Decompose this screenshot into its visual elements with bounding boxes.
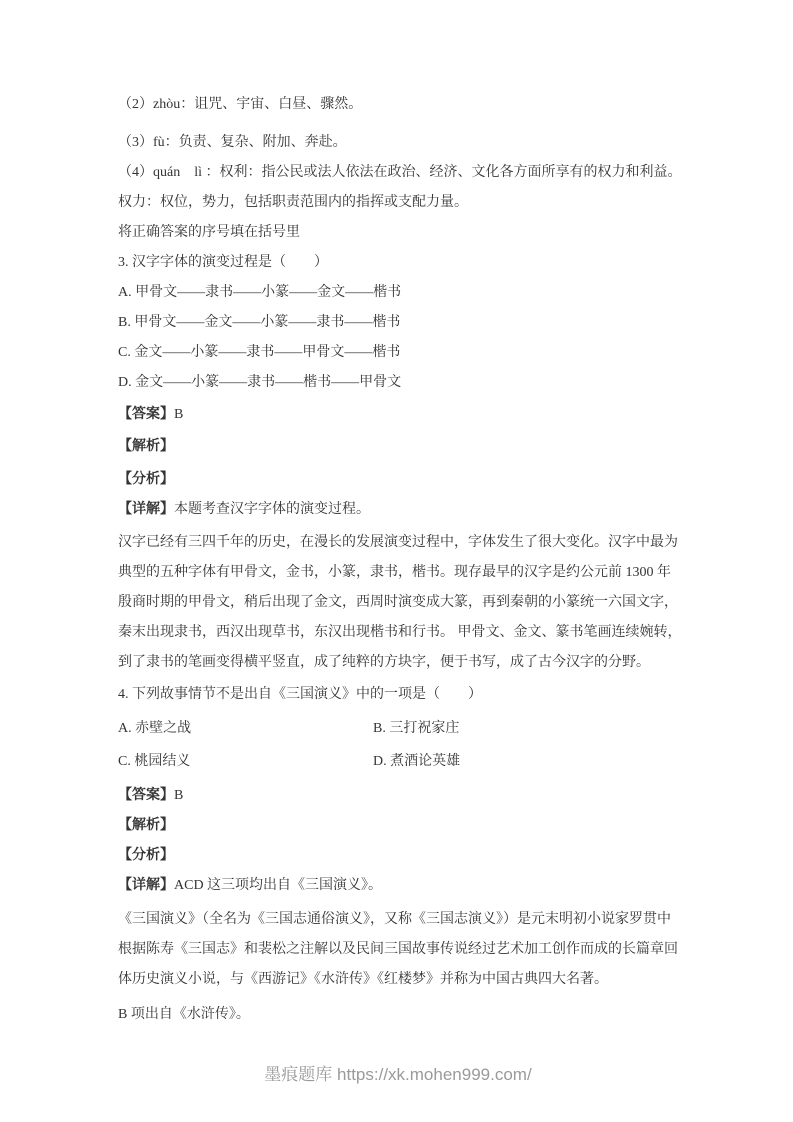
question4-explanation-line: 体历史演义小说，与《西游记》《水浒传》《红楼梦》并称为中国古典四大名著。 xyxy=(118,965,678,995)
definition-item-quanli-continuation: 权力：权位，势力，包括职责范围内的指挥或支配力量。 xyxy=(118,188,678,218)
question4-answer-label: 【答案】 xyxy=(118,788,174,803)
question3-explanation-line: 到了隶书的笔画变得横平竖直，成了纯粹的方块字，便于书写，成了古今汉字的分野。 xyxy=(118,648,678,678)
question3-fenxi-label: 【分析】 xyxy=(118,465,678,495)
question3-xiangjie-text: 本题考查汉字字体的演变过程。 xyxy=(174,502,370,517)
definition-item-fu: （3）fù：负责、复杂、附加、奔赴。 xyxy=(118,128,678,158)
question4-answer-line: 【答案】B xyxy=(118,781,678,811)
question3-jiexi-label-text: 【解析】 xyxy=(118,439,174,454)
question4-conclusion: B 项出自《水浒传》。 xyxy=(118,1000,678,1030)
question3-explanation-line: 秦末出现隶书，西汉出现草书，东汉出现楷书和行书。 甲骨文、金文、篆书笔画连续婉转… xyxy=(118,618,678,648)
footer-watermark: 墨痕题库 https://xk.mohen999.com/ xyxy=(118,1060,678,1090)
exam-document-page: （2）zhòu：诅咒、宇宙、白昼、骤然。 （3）fù：负责、复杂、附加、奔赴。 … xyxy=(0,0,793,1122)
question4-fenxi-label-text: 【分析】 xyxy=(118,848,174,863)
question3-stem: 3. 汉字字体的演变过程是（ ） xyxy=(118,248,678,278)
question3-option-a: A. 甲骨文——隶书——小篆——金文——楷书 xyxy=(118,278,678,308)
question4-explanation-line: 《三国演义》（全名为《三国志通俗演义》，又称《三国志演义》）是元末明初小说家罗贯… xyxy=(118,905,678,935)
question4-option-b: B. 三打祝家庄 xyxy=(373,721,459,736)
question3-answer-line: 【答案】B xyxy=(118,400,678,430)
question4-explanation-line: 根据陈寿《三国志》和裴松之注解以及民间三国故事传说经过艺术加工创作而成的长篇章回 xyxy=(118,935,678,965)
question3-jiexi-label: 【解析】 xyxy=(118,432,678,462)
question4-jiexi-label-text: 【解析】 xyxy=(118,818,174,833)
question3-xiangjie-line: 【详解】本题考查汉字字体的演变过程。 xyxy=(118,495,678,525)
definition-item-quanli: （4）quán lì ：权利：指公民或法人依法在政治、经济、文化各方面所享有的权… xyxy=(118,158,678,188)
question4-fenxi-label: 【分析】 xyxy=(118,841,678,871)
question3-explanation-line: 汉字已经有三四千年的历史，在漫长的发展演变过程中，字体发生了很大变化。汉字中最为 xyxy=(118,528,678,558)
question3-xiangjie-label: 【详解】 xyxy=(118,502,174,517)
question4-xiangjie-text: ACD 这三项均出自《三国演义》。 xyxy=(174,878,382,893)
question4-option-a: A. 赤壁之战 xyxy=(118,714,373,744)
question4-option-d: D. 煮酒论英雄 xyxy=(373,754,460,769)
question4-stem: 4. 下列故事情节不是出自《三国演义》中的一项是（ ） xyxy=(118,680,678,710)
question3-option-d: D. 金文——小篆——隶书——楷书——甲骨文 xyxy=(118,368,678,398)
definition-item-zhou: （2）zhòu：诅咒、宇宙、白昼、骤然。 xyxy=(118,90,678,120)
question4-xiangjie-label: 【详解】 xyxy=(118,878,174,893)
question3-answer-label: 【答案】 xyxy=(118,407,174,422)
question4-option-c: C. 桃园结义 xyxy=(118,747,373,777)
question3-explanation-line: 殷商时期的甲骨文，稍后出现了金文，西周时演变成大篆，再到秦朝的小篆统一六国文字， xyxy=(118,588,678,618)
question4-jiexi-label: 【解析】 xyxy=(118,811,678,841)
question4-options-row-2: C. 桃园结义D. 煮酒论英雄 xyxy=(118,747,678,777)
question3-option-c: C. 金文——小篆——隶书——甲骨文——楷书 xyxy=(118,338,678,368)
fill-instruction: 将正确答案的序号填在括号里 xyxy=(118,218,678,248)
question4-xiangjie-line: 【详解】ACD 这三项均出自《三国演义》。 xyxy=(118,871,678,901)
question3-option-b: B. 甲骨文——金文——小篆——隶书——楷书 xyxy=(118,308,678,338)
question4-answer-value: B xyxy=(174,788,183,803)
question3-fenxi-label-text: 【分析】 xyxy=(118,472,174,487)
question3-explanation-line: 典型的五种字体有甲骨文，金书，小篆，隶书，楷书。现存最早的汉字是约公元前 130… xyxy=(118,558,678,588)
question4-options-row-1: A. 赤壁之战B. 三打祝家庄 xyxy=(118,714,678,744)
question3-answer-value: B xyxy=(174,407,183,422)
